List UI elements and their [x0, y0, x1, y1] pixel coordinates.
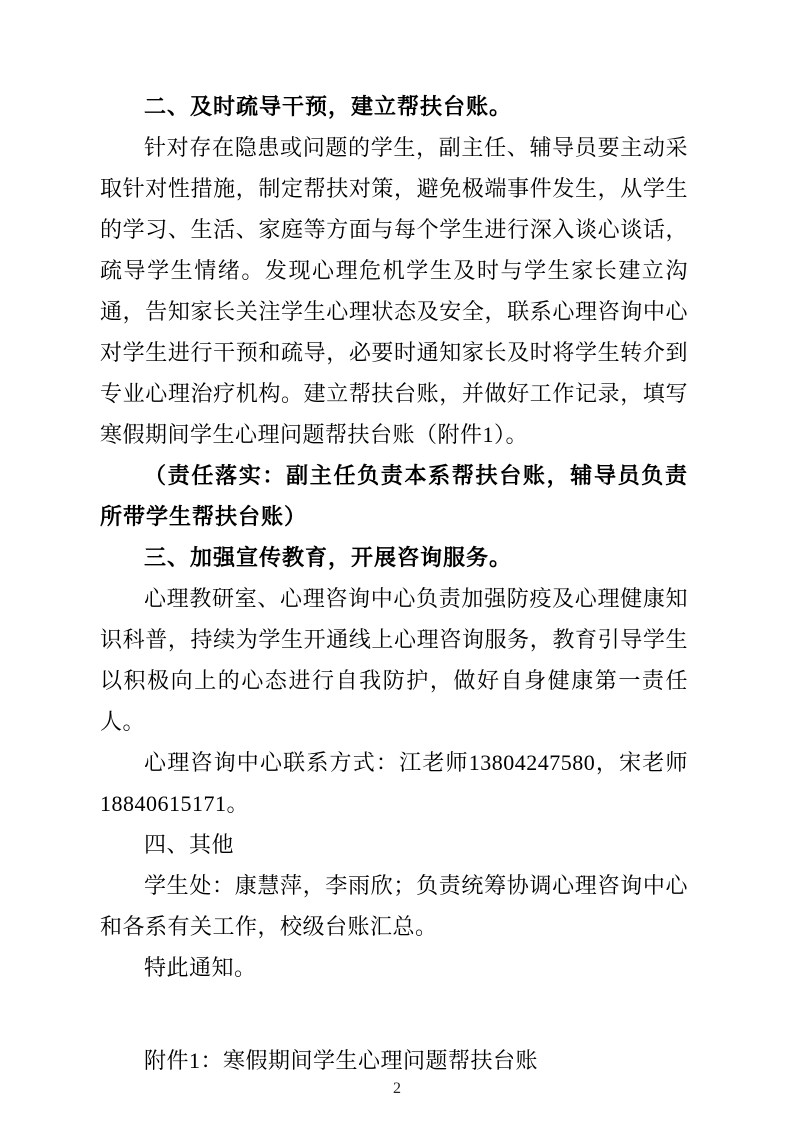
document-body: 二、及时疏导干预，建立帮扶台账。 针对存在隐患或问题的学生，副主任、辅导员要主动… — [100, 86, 688, 1081]
page-number: 2 — [0, 1079, 794, 1099]
attachment-title: 附件1：寒假期间学生心理问题帮扶台账 — [100, 1040, 688, 1081]
document-page: 二、及时疏导干预，建立帮扶台账。 针对存在隐患或问题的学生，副主任、辅导员要主动… — [0, 0, 794, 1123]
paragraph-responsibility-note: （责任落实：副主任负责本系帮扶台账，辅导员负责所带学生帮扶台账） — [100, 455, 688, 537]
section-heading-4: 四、其他 — [100, 824, 688, 865]
section-heading-3: 三、加强宣传教育，开展咨询服务。 — [100, 537, 688, 578]
paragraph-notice-closing: 特此通知。 — [100, 947, 688, 988]
paragraph-contact-info: 心理咨询中心联系方式：江老师13804247580，宋老师18840615171… — [100, 742, 688, 824]
section-heading-2: 二、及时疏导干预，建立帮扶台账。 — [100, 86, 688, 127]
paragraph-intervention-measures: 针对存在隐患或问题的学生，副主任、辅导员要主动采取针对性措施，制定帮扶对策，避免… — [100, 127, 688, 455]
paragraph-education-services: 心理教研室、心理咨询中心负责加强防疫及心理健康知识科普，持续为学生开通线上心理咨… — [100, 578, 688, 742]
paragraph-student-affairs: 学生处：康慧萍，李雨欣；负责统筹协调心理咨询中心和各系有关工作，校级台账汇总。 — [100, 865, 688, 947]
